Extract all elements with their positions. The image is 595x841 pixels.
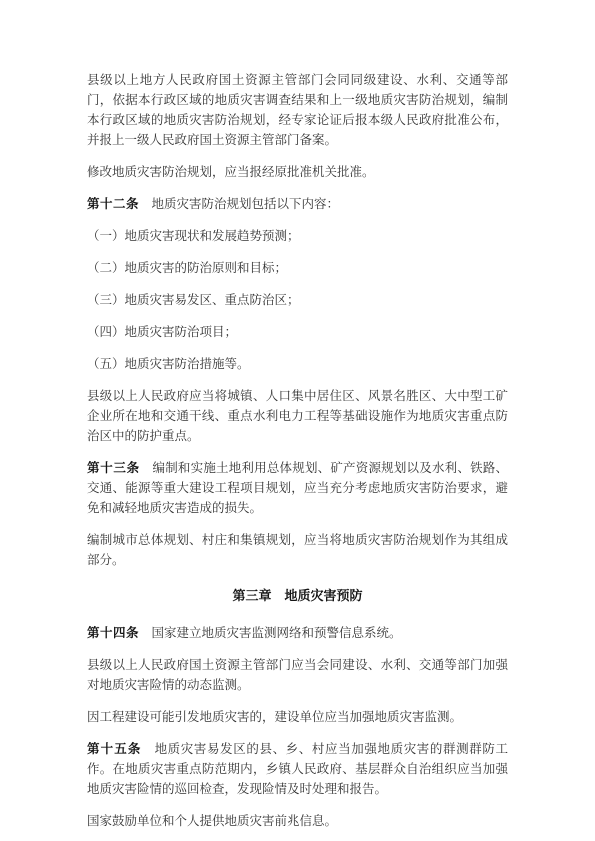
article-text: 地质灾害防治规划包括以下内容： [139, 196, 339, 211]
body-paragraph: （四）地质灾害防治项目； [87, 322, 508, 342]
article-number-label: 第十四条 [87, 625, 139, 640]
article-paragraph: 第十五条 地质灾害易发区的县、乡、村应当加强地质灾害的群测群防工作。在地质灾害重… [87, 739, 508, 799]
body-paragraph: 编制城市总体规划、村庄和集镇规划，应当将地质灾害防治规划作为其组成部分。 [87, 530, 508, 570]
body-paragraph: 修改地质灾害防治规划，应当报经原批准机关批准。 [87, 162, 508, 182]
body-paragraph: （三）地质灾害易发区、重点防治区； [87, 290, 508, 310]
body-paragraph: 因工程建设可能引发地质灾害的，建设单位应当加强地质灾害监测。 [87, 707, 508, 727]
body-paragraph: 县级以上人民政府应当将城镇、人口集中居住区、风景名胜区、大中型工矿企业所在地和交… [87, 386, 508, 446]
chapter-heading: 第三章 地质灾害预防 [87, 587, 508, 607]
body-paragraph: 国家鼓励单位和个人提供地质灾害前兆信息。 [87, 811, 508, 831]
body-paragraph: （五）地质灾害防治措施等。 [87, 354, 508, 374]
document-body: 县级以上地方人民政府国土资源主管部门会同同级建设、水利、交通等部门，依据本行政区… [87, 70, 508, 831]
article-text: 国家建立地质灾害监测网络和预警信息系统。 [139, 625, 402, 640]
document-page: 县级以上地方人民政府国土资源主管部门会同同级建设、水利、交通等部门，依据本行政区… [0, 0, 595, 841]
article-number-label: 第十二条 [87, 196, 139, 211]
article-paragraph: 第十四条 国家建立地质灾害监测网络和预警信息系统。 [87, 623, 508, 643]
article-text: 编制和实施土地利用总体规划、矿产资源规划以及水利、铁路、交通、能源等重大建设工程… [87, 460, 508, 515]
body-paragraph: 县级以上人民政府国土资源主管部门应当会同建设、水利、交通等部门加强对地质灾害险情… [87, 655, 508, 695]
article-paragraph: 第十三条 编制和实施土地利用总体规划、矿产资源规划以及水利、铁路、交通、能源等重… [87, 458, 508, 518]
article-paragraph: 第十二条 地质灾害防治规划包括以下内容： [87, 194, 508, 214]
body-paragraph: （一）地质灾害现状和发展趋势预测； [87, 226, 508, 246]
body-paragraph: 县级以上地方人民政府国土资源主管部门会同同级建设、水利、交通等部门，依据本行政区… [87, 70, 508, 150]
article-text: 地质灾害易发区的县、乡、村应当加强地质灾害的群测群防工作。在地质灾害重点防范期内… [87, 741, 508, 796]
article-number-label: 第十三条 [87, 460, 140, 475]
article-number-label: 第十五条 [87, 741, 141, 756]
body-paragraph: （二）地质灾害的防治原则和目标； [87, 258, 508, 278]
